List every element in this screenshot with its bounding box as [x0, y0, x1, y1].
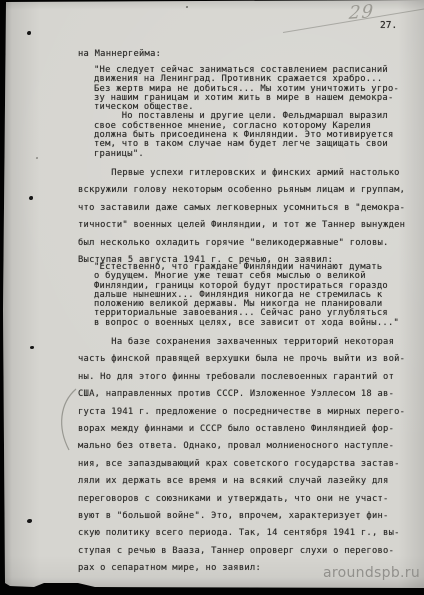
text-line: ступая с речью в Вааза, Таннер опроверг …	[78, 543, 405, 560]
text-line: На базе сохранения захваченных территори…	[78, 334, 405, 351]
blockquote-tanner-speech: "Естественно, что граждане Финляндии нач…	[94, 263, 399, 328]
text-line: в вопрос о военных целях, все зависит от…	[94, 319, 399, 328]
ink-speck	[186, 6, 188, 8]
ink-speck	[29, 196, 33, 200]
ink-speck	[36, 157, 38, 159]
text-line: ны. Но для этого финны требовали послево…	[78, 369, 405, 386]
watermark: aroundspb.ru	[323, 565, 420, 581]
paragraph-separate-peace: На базе сохранения захваченных территори…	[78, 334, 405, 578]
document-page: 29 27. на Маннергейма: "Не следует сейча…	[0, 0, 424, 595]
ink-speck	[27, 31, 31, 35]
text-line: переговоров с союзниками и утверждать, ч…	[78, 491, 405, 508]
text-line: ния, все запаздывающий крах советского г…	[78, 456, 405, 473]
text-line: часть финской правящей верхушки была не …	[78, 351, 405, 368]
blockquote-mannerheim: "Не следует сейчас заниматься составлени…	[94, 66, 399, 159]
text-line: границы".	[94, 150, 399, 159]
text-line: вскружили голову некоторым особенно рьян…	[78, 182, 405, 199]
text-line: густа 1941 г. предложение о посредничест…	[78, 404, 405, 421]
paragraph-intro: на Маннергейма:	[78, 49, 161, 59]
text-line: ворах между финнами и СССР было оставлен…	[78, 421, 405, 438]
typed-page-number: 27.	[380, 20, 397, 31]
text-line: ляли их держать все время и на всякий сл…	[78, 473, 405, 490]
text-line: мально без ответа. Однако, провал молние…	[78, 438, 405, 455]
handwritten-margin-mark	[55, 387, 79, 453]
handwritten-page-number: 29	[348, 1, 374, 24]
text-line: вуют в "большой войне". Это, впрочем, ха…	[78, 508, 405, 525]
ink-speck	[30, 346, 34, 349]
scanned-page-photo: 29 27. на Маннергейма: "Не следует сейча…	[0, 0, 424, 595]
text-line: США, направленных против СССР. Изложенно…	[78, 386, 405, 403]
ink-speck	[27, 519, 32, 523]
text-line: Первые успехи гитлеровских и финских арм…	[78, 165, 405, 182]
text-line: что заставили даже самых легковерных усо…	[78, 200, 405, 217]
text-line: тичности" военных целей Финляндии, и тот…	[78, 217, 405, 234]
text-line: скую политику всего периода. Так, 14 сен…	[78, 525, 405, 542]
text-line: был несколько охладить горячие "великоде…	[78, 235, 405, 252]
paragraph-army-successes: Первые успехи гитлеровских и финских арм…	[78, 165, 405, 269]
